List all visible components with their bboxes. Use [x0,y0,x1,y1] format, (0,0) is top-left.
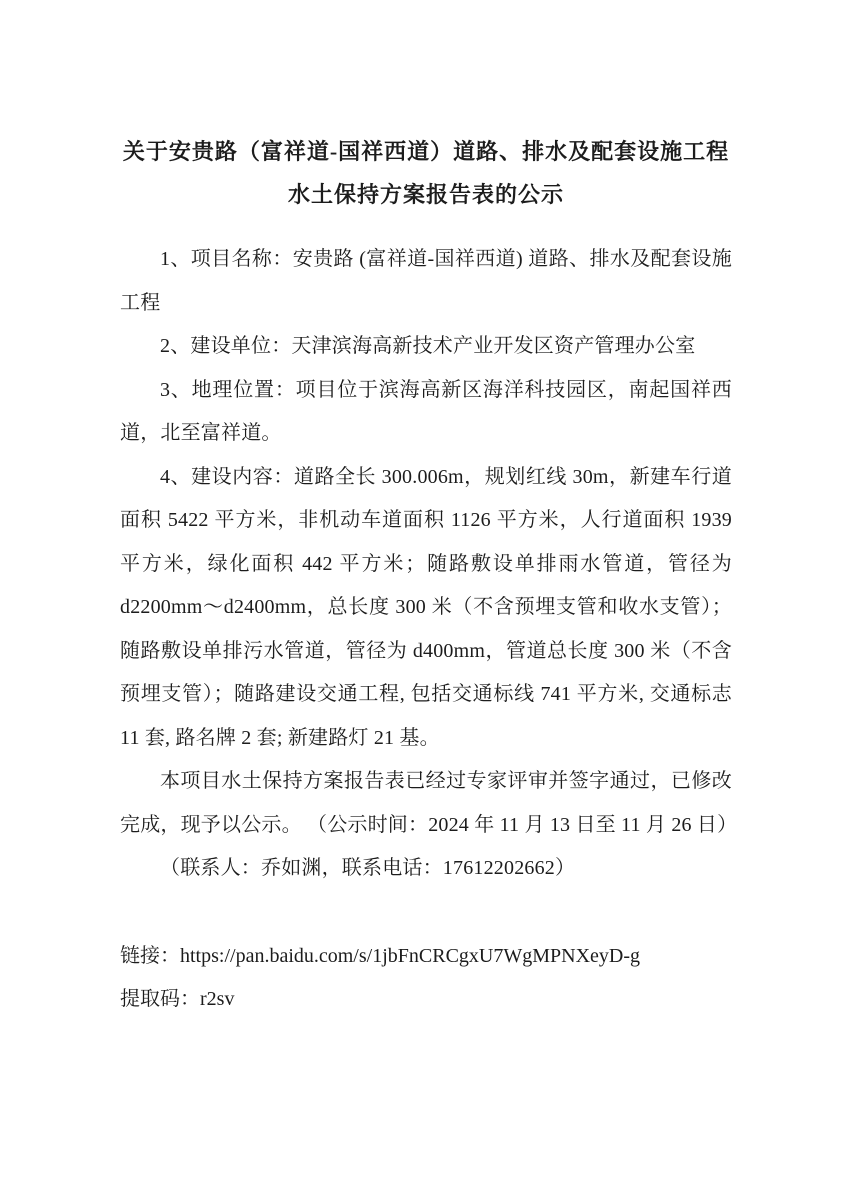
document-title: 关于安贵路（富祥道-国祥西道）道路、排水及配套设施工程 水土保持方案报告表的公示 [120,130,732,216]
paragraph-project-name: 1、项目名称：安贵路 (富祥道-国祥西道) 道路、排水及配套设施工程 [120,238,732,325]
extraction-code-value: r2sv [200,988,234,1010]
paragraph-geographic-location: 3、地理位置：项目位于滨海高新区海洋科技园区，南起国祥西道，北至富祥道。 [120,369,732,456]
document-title-line1: 关于安贵路（富祥道-国祥西道）道路、排水及配套设施工程 [120,130,732,173]
document-title-line2: 水土保持方案报告表的公示 [120,173,732,216]
link-label: 链接： [120,945,180,967]
document-body: 1、项目名称：安贵路 (富祥道-国祥西道) 道路、排水及配套设施工程 2、建设单… [120,238,732,891]
link-line: 链接：https://pan.baidu.com/s/1jbFnCRCgxU7W… [120,935,732,979]
document-page: 关于安贵路（富祥道-国祥西道）道路、排水及配套设施工程 水土保持方案报告表的公示… [0,0,849,1200]
paragraph-construction-unit: 2、建设单位：天津滨海高新技术产业开发区资产管理办公室 [120,325,732,369]
paragraph-construction-content: 4、建设内容：道路全长 300.006m，规划红线 30m，新建车行道面积 54… [120,456,732,761]
document-content: 关于安贵路（富祥道-国祥西道）道路、排水及配套设施工程 水土保持方案报告表的公示… [120,130,732,1022]
paragraph-announcement-period: 本项目水土保持方案报告表已经过专家评审并签字通过，已修改完成，现予以公示。 （公… [120,760,732,847]
extraction-code-label: 提取码： [120,988,200,1010]
link-url: https://pan.baidu.com/s/1jbFnCRCgxU7WgMP… [180,945,640,967]
paragraph-contact-info: （联系人：乔如渊，联系电话：17612202662） [120,847,732,891]
attachment-section: 链接：https://pan.baidu.com/s/1jbFnCRCgxU7W… [120,935,732,1022]
extraction-code-line: 提取码：r2sv [120,978,732,1022]
